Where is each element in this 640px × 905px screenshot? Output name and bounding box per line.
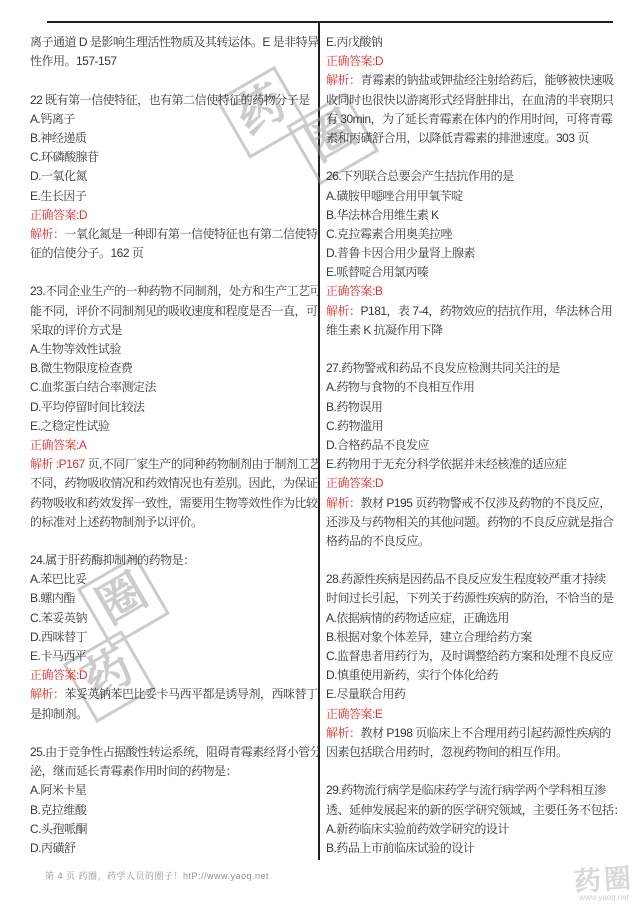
answer-highlight-text: 解析 :P167: [30, 457, 85, 471]
text-segment: 24.属于肝药酶抑制剂的药物是：: [30, 553, 195, 567]
text-line: 素和丙磺舒合用，以降低青霉素的排泄速度。303 页: [326, 129, 618, 148]
text-line: C.环磷酸腺苷: [30, 148, 318, 167]
text-segment: 收同时也很快以游离形式经肾脏排出，在血清的半衰期只: [326, 93, 614, 107]
text-line: A.阿米卡星: [30, 781, 318, 800]
text-line: C.克拉霉素合用奥美拉唑: [326, 225, 618, 244]
text-line: B.根据对象个体差异，建立合理给药方案: [326, 628, 618, 647]
text-line: 药物吸收和药效发挥一致性，需要用生物等效性作为比较: [30, 494, 318, 513]
blank-line: [326, 762, 618, 781]
answer-highlight-text: 解析：: [30, 227, 65, 241]
text-line: B.华法林合用维生素 K: [326, 206, 618, 225]
text-segment: 页,不同厂家生产的同种药物制剂由于制剂工艺: [85, 457, 318, 471]
text-line: 28.药源性疾病是因药品不良反应发生程度较严重才持续: [326, 570, 618, 589]
text-line: 24.属于肝药酶抑制剂的药物是：: [30, 551, 318, 570]
text-segment: 23.不同企业生产的一种药物不同制剂，处方和生产工艺可: [30, 284, 318, 298]
text-line: A.苯巴比妥: [30, 570, 318, 589]
text-line: 正确答案:B: [326, 282, 618, 301]
text-segment: 26.下列联合总要会产生拮抗作用的是: [326, 169, 514, 183]
text-line: D.丙磺舒: [30, 839, 318, 858]
text-segment: 还涉及与药物相关的其他问题。药物的不良反应就是指合: [326, 515, 614, 529]
text-segment: C.头孢哌酮: [30, 822, 87, 836]
text-line: 的标准对上述药物制剂予以评价。: [30, 513, 318, 532]
text-line: 格药品的不良反应。: [326, 532, 618, 551]
text-line: B.药物误用: [326, 398, 618, 417]
text-segment: 泌，继而延长青霉素作用时间的药物是：: [30, 764, 237, 778]
text-line: D.西咪替丁: [30, 628, 318, 647]
answer-highlight-text: 解析：: [326, 73, 361, 87]
text-line: 性作用。157-157: [30, 52, 318, 71]
text-segment: D.慎重使用新药，实行个体化给药: [326, 668, 498, 682]
text-segment: 教材 P198 页临床上不合理用药引起药源性疾病的: [361, 726, 611, 740]
text-segment: 药物吸收和药效发挥一致性，需要用生物等效性作为比较: [30, 496, 318, 510]
text-segment: 的标准对上述药物制剂予以评价。: [30, 515, 203, 529]
text-segment: A.生物等效性试验: [30, 342, 121, 356]
text-segment: A.苯巴比妥: [30, 572, 86, 586]
text-line: B.克拉维酸: [30, 801, 318, 820]
text-segment: E.药物用于无充分科学依据并未经核准的适应症: [326, 457, 566, 471]
text-line: 解析：教材 P198 页临床上不合理用药引起药源性疾病的: [326, 724, 618, 743]
text-segment: C.药物滥用: [326, 419, 383, 433]
document-page: 药 圈 药 圈 离子通道 D 是影响生理活性物质及其转运体。E 是非特异性作用。…: [0, 0, 640, 905]
page-footer: 第 4 页 药圈，药学人员的圈子！htP://www.yaoq.net: [45, 869, 269, 882]
text-line: D.一氧化氮: [30, 167, 318, 186]
text-segment: 不同，药物吸收情况和药效情况也有差别。因此，为保证: [30, 476, 318, 490]
text-segment: 有 30min，为了延长青霉素在体内的作用时间，可将青霉: [326, 112, 612, 126]
text-segment: D.合格药品不良发应: [326, 438, 429, 452]
text-line: A.磺胺甲噁唑合用甲氧苄啶: [326, 187, 618, 206]
text-segment: D.一氧化氮: [30, 169, 87, 183]
answer-highlight-text: 正确答案:B: [326, 284, 382, 298]
text-line: 时间过长引起，下列关于药源性疾病的防治，不恰当的是: [326, 589, 618, 608]
text-line: 23.不同企业生产的一种药物不同制剂，处方和生产工艺可: [30, 282, 318, 301]
answer-highlight-text: 正确答案:A: [30, 438, 86, 452]
site-logo-text: 药圈: [573, 863, 635, 897]
blank-line: [30, 724, 318, 743]
text-line: 征的信使分子。162 页: [30, 244, 318, 263]
text-line: 因素包括联合用药时，忽视药物间的相互作用。: [326, 743, 618, 762]
blank-line: [326, 148, 618, 167]
text-segment: E.之稳定性试验: [30, 419, 109, 433]
answer-highlight-text: 解析：: [326, 726, 361, 740]
text-line: C.监督患者用药行为，及时调整给药方案和处理不良反应: [326, 647, 618, 666]
answer-highlight-text: 解析：: [326, 304, 361, 318]
text-line: B.微生物限度检查费: [30, 359, 318, 378]
text-segment: 维生素 K 抗凝作用下降: [326, 323, 443, 337]
answer-highlight-text: 解析：: [30, 687, 65, 701]
text-line: 正确答案:E: [326, 705, 618, 724]
text-line: 26.下列联合总要会产生拮抗作用的是: [326, 167, 618, 186]
text-line: 正确答案:D: [30, 666, 318, 685]
text-line: E.丙戊酸钠: [326, 33, 618, 52]
text-line: A.依据病情的药物适应症，正确选用: [326, 609, 618, 628]
blank-line: [30, 71, 318, 90]
text-segment: 25.由于竞争性占据酸性转运系统，阻碍青霉素经肾小管分: [30, 745, 318, 759]
text-line: C.头孢哌酮: [30, 820, 318, 839]
text-line: D.慎重使用新药，实行个体化给药: [326, 666, 618, 685]
text-segment: B.克拉维酸: [30, 803, 86, 817]
answer-highlight-text: 正确答案:D: [326, 476, 383, 490]
text-line: B.神经递质: [30, 129, 318, 148]
text-segment: 格药品的不良反应。: [326, 534, 430, 548]
text-segment: B.微生物限度检查费: [30, 361, 132, 375]
text-segment: A.磺胺甲噁唑合用甲氧苄啶: [326, 189, 463, 203]
text-line: 透、延伸发展起来的新的医学研究领域，主要任务不包括：: [326, 801, 618, 820]
text-line: 22 既有第一信使特征，也有第二信使特征的药物分子是: [30, 91, 318, 110]
text-segment: 能不同，评价不同制剂见的吸收速度和程度是否一直，可: [30, 304, 318, 318]
text-line: 正确答案:A: [30, 436, 318, 455]
text-segment: 征的信使分子。162 页: [30, 246, 143, 260]
text-segment: B.根据对象个体差异，建立合理给药方案: [326, 630, 532, 644]
text-segment: B.药物误用: [326, 400, 382, 414]
text-line: A.钙离子: [30, 110, 318, 129]
text-line: 解析：一氧化氮是一种即有第一信使特征也有第二信使特: [30, 225, 318, 244]
text-segment: B.华法林合用维生素 K: [326, 208, 439, 222]
text-line: C.血浆蛋白结合率测定法: [30, 378, 318, 397]
text-segment: B.螺内酯: [30, 591, 75, 605]
text-segment: 采取的评价方式是: [30, 323, 122, 337]
text-segment: E.尽量联合用药: [326, 687, 405, 701]
text-line: D.合格药品不良发应: [326, 436, 618, 455]
blank-line: [30, 263, 318, 282]
text-segment: 29.药物流行病学是临床药学与流行病学两个学科相互渗: [326, 783, 606, 797]
blank-line: [30, 532, 318, 551]
text-segment: A.阿米卡星: [30, 783, 86, 797]
site-logo: 药圈 www.yaoq.net: [574, 865, 634, 902]
text-line: 解析：青霉素的钠盐或钾盐经注射给药后，能够被快速吸: [326, 71, 618, 90]
text-segment: 素和丙磺舒合用，以降低青霉素的排泄速度。303 页: [326, 131, 589, 145]
text-segment: B.神经递质: [30, 131, 86, 145]
blank-line: [326, 340, 618, 359]
text-segment: E.卡马西平: [30, 649, 86, 663]
text-line: A.新药临床实验前药效学研究的设计: [326, 820, 618, 839]
text-line: 还涉及与药物相关的其他问题。药物的不良反应就是指合: [326, 513, 618, 532]
text-line: A.生物等效性试验: [30, 340, 318, 359]
text-line: E.之稳定性试验: [30, 417, 318, 436]
text-line: E.哌替啶合用氯丙嗪: [326, 263, 618, 282]
text-line: B.螺内酯: [30, 589, 318, 608]
text-line: C.药物滥用: [326, 417, 618, 436]
text-segment: 透、延伸发展起来的新的医学研究领域，主要任务不包括：: [326, 803, 618, 817]
text-line: 29.药物流行病学是临床药学与流行病学两个学科相互渗: [326, 781, 618, 800]
text-segment: 22 既有第一信使特征，也有第二信使特征的药物分子是: [30, 93, 310, 107]
text-segment: E.丙戊酸钠: [326, 35, 382, 49]
text-segment: 时间过长引起，下列关于药源性疾病的防治，不恰当的是: [326, 591, 614, 605]
text-line: 采取的评价方式是: [30, 321, 318, 340]
text-line: E.生长因子: [30, 187, 318, 206]
text-line: 正确答案:D: [30, 206, 318, 225]
text-segment: A.依据病情的药物适应症，正确选用: [326, 611, 509, 625]
answer-highlight-text: 正确答案:D: [30, 668, 87, 682]
text-line: 有 30min，为了延长青霉素在体内的作用时间，可将青霉: [326, 110, 618, 129]
text-segment: A.药物与食物的不良相互作用: [326, 380, 474, 394]
text-line: 25.由于竞争性占据酸性转运系统，阻碍青霉素经肾小管分: [30, 743, 318, 762]
text-segment: C.苯妥英钠: [30, 611, 87, 625]
column-left: 离子通道 D 是影响生理活性物质及其转运体。E 是非特异性作用。157-157 …: [30, 33, 318, 858]
blank-line: [326, 551, 618, 570]
text-segment: 一氧化氮是一种即有第一信使特征也有第二信使特: [65, 227, 318, 241]
answer-highlight-text: 正确答案:D: [326, 54, 383, 68]
text-segment: C.克拉霉素合用奥美拉唑: [326, 227, 452, 241]
text-line: 不同，药物吸收情况和药效情况也有差别。因此，为保证: [30, 474, 318, 493]
text-segment: P181，表 7-4，药物效应的拮抗作用，华法林合用: [361, 304, 613, 318]
text-segment: 教材 P195 页药物警戒不仅涉及药物的不良反应，: [361, 496, 611, 510]
answer-highlight-text: 解析：: [326, 496, 361, 510]
text-line: 是抑制剂。: [30, 705, 318, 724]
text-line: B.药品上市前临床试验的设计: [326, 839, 618, 858]
text-segment: 苯妥英钠苯巴比妥卡马西平都是诱导剂，西咪替丁: [65, 687, 318, 701]
text-segment: 28.药源性疾病是因药品不良反应发生程度较严重才持续: [326, 572, 606, 586]
text-line: 解析：P181，表 7-4，药物效应的拮抗作用，华法林合用: [326, 302, 618, 321]
text-segment: 27.药物警戒和药品不良发应检测共同关注的是: [326, 361, 560, 375]
text-segment: 青霉素的钠盐或钾盐经注射给药后，能够被快速吸: [361, 73, 614, 87]
text-line: 解析：苯妥英钠苯巴比妥卡马西平都是诱导剂，西咪替丁: [30, 685, 318, 704]
text-line: 正确答案:D: [326, 52, 618, 71]
header-rule: [47, 21, 613, 23]
text-segment: 因素包括联合用药时，忽视药物间的相互作用。: [326, 745, 568, 759]
text-line: E.尽量联合用药: [326, 685, 618, 704]
text-segment: 是抑制剂。: [30, 707, 88, 721]
text-segment: E.生长因子: [30, 189, 86, 203]
text-segment: D.丙磺舒: [30, 841, 76, 855]
text-segment: C.血浆蛋白结合率测定法: [30, 380, 156, 394]
text-line: E.卡马西平: [30, 647, 318, 666]
text-segment: C.监督患者用药行为，及时调整给药方案和处理不良反应: [326, 649, 613, 663]
text-segment: 离子通道 D 是影响生理活性物质及其转运体。E 是非特异: [30, 35, 318, 49]
text-line: 泌，继而延长青霉素作用时间的药物是：: [30, 762, 318, 781]
text-line: E.药物用于无充分科学依据并未经核准的适应症: [326, 455, 618, 474]
text-segment: 性作用。157-157: [30, 54, 117, 68]
text-line: D.普鲁卡因合用少量肾上腺素: [326, 244, 618, 263]
text-line: 维生素 K 抗凝作用下降: [326, 321, 618, 340]
text-segment: D.平均停留时间比较法: [30, 400, 145, 414]
text-line: 解析 :P167 页,不同厂家生产的同种药物制剂由于制剂工艺: [30, 455, 318, 474]
text-segment: E.哌替啶合用氯丙嗪: [326, 265, 428, 279]
answer-highlight-text: 正确答案:E: [326, 707, 382, 721]
text-segment: B.药品上市前临床试验的设计: [326, 841, 474, 855]
text-line: C.苯妥英钠: [30, 609, 318, 628]
answer-highlight-text: 正确答案:D: [30, 208, 87, 222]
text-segment: A.新药临床实验前药效学研究的设计: [326, 822, 509, 836]
text-line: 离子通道 D 是影响生理活性物质及其转运体。E 是非特异: [30, 33, 318, 52]
text-line: 能不同，评价不同制剂见的吸收速度和程度是否一直，可: [30, 302, 318, 321]
text-line: 解析：教材 P195 页药物警戒不仅涉及药物的不良反应，: [326, 494, 618, 513]
text-segment: D.普鲁卡因合用少量肾上腺素: [326, 246, 475, 260]
text-segment: A.钙离子: [30, 112, 75, 126]
column-right: E.丙戊酸钠正确答案:D解析：青霉素的钠盐或钾盐经注射给药后，能够被快速吸收同时…: [326, 33, 618, 858]
text-line: D.平均停留时间比较法: [30, 398, 318, 417]
text-segment: D.西咪替丁: [30, 630, 87, 644]
text-line: 27.药物警戒和药品不良发应检测共同关注的是: [326, 359, 618, 378]
text-line: A.药物与食物的不良相互作用: [326, 378, 618, 397]
text-segment: C.环磷酸腺苷: [30, 150, 99, 164]
text-line: 收同时也很快以游离形式经肾脏排出，在血清的半衰期只: [326, 91, 618, 110]
text-line: 正确答案:D: [326, 474, 618, 493]
